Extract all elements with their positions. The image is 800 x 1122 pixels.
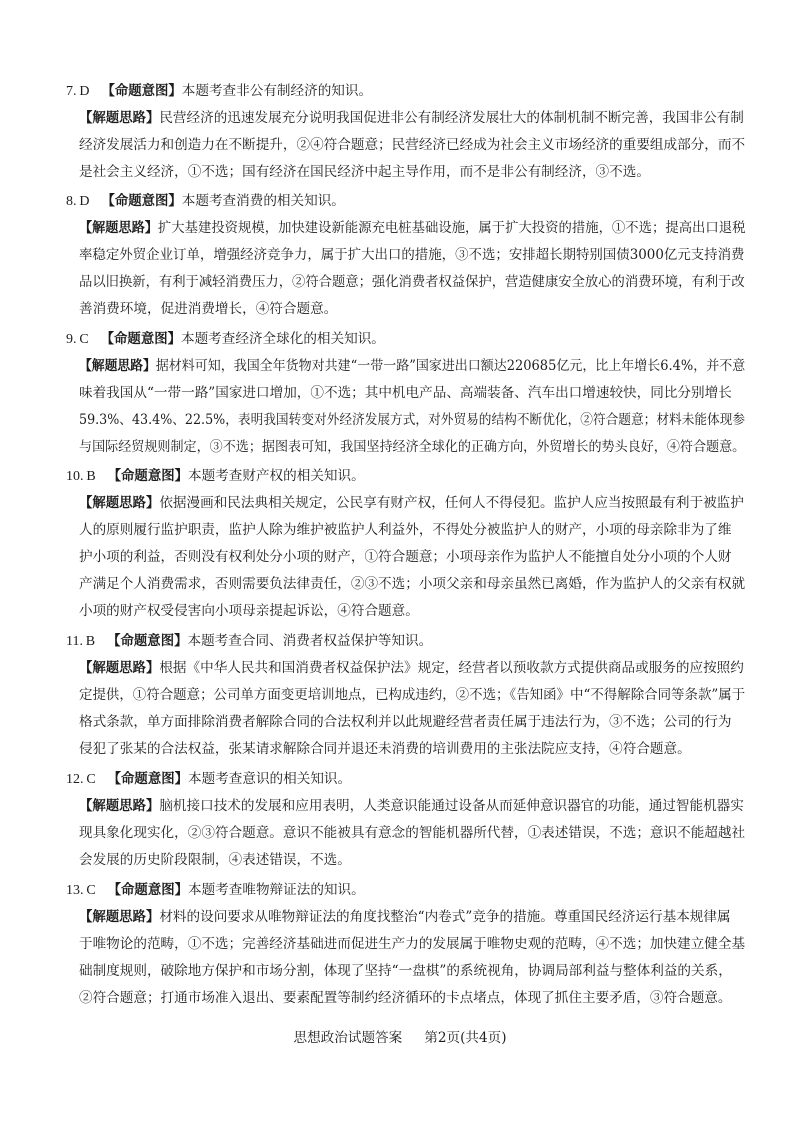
- analysis-line: ②符合题意；打通市场准入退出、要素配置等制约经济循环的卡点堵点，体现了抓住主要矛…: [79, 989, 732, 1007]
- intent-text: 本题考查意识的相关知识。: [188, 771, 351, 787]
- analysis-label: 【解题思路】: [79, 799, 159, 814]
- answer-letter: D: [79, 84, 89, 99]
- intent-label: 【命题意图】: [101, 84, 181, 99]
- analysis-label: 【解题思路】: [79, 359, 156, 374]
- intent-text: 本题考查唯物辩证法的知识。: [188, 882, 365, 898]
- question-number: 7.: [66, 84, 77, 99]
- document-page: 7. D【命题意图】本题考查非公有制经济的知识。 【解题思路】民营经济的迅速发展…: [0, 0, 800, 1122]
- analysis-line: 定提供，①符合题意；公司单方面变更培训地点，已构成违约，②不选；《告知函》中“不…: [79, 686, 745, 704]
- analysis-line: 率稳定外贸企业订单，增强经济竞争力，属于扩大出口的措施，③不选；安排超长期特别国…: [79, 246, 744, 264]
- question-header: 7. D【命题意图】本题考查非公有制经济的知识。: [66, 82, 372, 101]
- intent-label: 【命题意图】: [108, 883, 188, 898]
- answer-letter: C: [86, 883, 95, 898]
- question-number: 9.: [66, 332, 77, 347]
- answer-letter: D: [79, 194, 89, 209]
- analysis-line: 59.3%、43.4%、22.5%，表明我国转变对外经济发展方式，对外贸易的结构…: [79, 411, 745, 429]
- analysis-line: 小项的财产权受侵害向小项母亲提起诉讼，④符合题意。: [79, 602, 419, 620]
- analysis-line: 侵犯了张某的合法权益，张某请求解除合同并退还未消费的培训费用的主张法院应支持，④…: [79, 740, 691, 758]
- analysis-line: 护小项的利益，否则没有权利处分小项的财产，①符合题意；小项母亲作为监护人不能擅自…: [79, 548, 732, 566]
- intent-text: 本题考查财产权的相关知识。: [188, 468, 365, 484]
- question-header: 13. C【命题意图】本题考查唯物辩证法的知识。: [66, 881, 365, 900]
- analysis-line: 现具象化现实化，②③符合题意。意识不能被具有意念的智能机器所代替，①表述错误，不…: [79, 824, 745, 842]
- analysis-label: 【解题思路】: [79, 221, 158, 236]
- intent-label: 【命题意图】: [101, 332, 181, 347]
- analysis-line: 品以旧换新，有利于减轻消费压力，②符合题意；强化消费者权益保护，营造健康安全放心…: [79, 273, 745, 291]
- question-number: 8.: [66, 194, 77, 209]
- footer-title: 思想政治试题答案: [293, 1030, 402, 1046]
- analysis-line: 经济发展活力和创造力在不断提升，②④符合题意；民营经济已经成为社会主义市场经济的…: [79, 136, 745, 154]
- question-number: 12.: [66, 772, 84, 787]
- analysis-line: 【解题思路】根据《中华人民共和国消费者权益保护法》规定，经营者以预收款方式提供商…: [79, 659, 744, 678]
- analysis-line: 于唯物论的范畴，①不选；完善经济基础进而促进生产力的发展属于唯物史观的范畴，④不…: [79, 935, 745, 953]
- page-number: 第2页(共4页): [424, 1030, 506, 1046]
- answer-letter: B: [86, 634, 95, 649]
- analysis-line: 【解题思路】脑机接口技术的发展和应用表明，人类意识能通过设备从而延伸意识器官的功…: [79, 797, 744, 816]
- analysis-label: 【解题思路】: [79, 910, 159, 925]
- analysis-line: 会发展的历史阶段限制，④表述错误，不选。: [79, 851, 351, 869]
- question-number: 13.: [66, 883, 84, 898]
- analysis-line: 产满足个人消费需求，否则需要负法律责任，②③不选；小项父亲和母亲虽然已离婚，作为…: [79, 575, 745, 593]
- question-header: 9. C【命题意图】本题考查经济全球化的相关知识。: [66, 330, 385, 349]
- intent-label: 【命题意图】: [108, 469, 188, 484]
- analysis-label: 【解题思路】: [79, 661, 159, 676]
- question-header: 10. B【命题意图】本题考查财产权的相关知识。: [66, 467, 365, 486]
- analysis-line: 善消费环境，促进消费增长，④符合题意。: [79, 300, 337, 318]
- intent-label: 【命题意图】: [108, 772, 188, 787]
- intent-label: 【命题意图】: [101, 194, 181, 209]
- analysis-line: 【解题思路】据材料可知，我国全年货物对共建“一带一路”国家进出口额达220685…: [79, 357, 745, 376]
- question-number: 11.: [66, 634, 83, 649]
- question-header: 11. B【命题意图】本题考查合同、消费者权益保护等知识。: [66, 632, 432, 651]
- answer-letter: B: [86, 469, 95, 484]
- page-footer: 思想政治试题答案第2页(共4页): [0, 1029, 800, 1047]
- intent-text: 本题考查经济全球化的相关知识。: [181, 331, 385, 347]
- question-header: 12. C【命题意图】本题考查意识的相关知识。: [66, 770, 351, 789]
- analysis-line: 人的原则履行监护职责，监护人除为维护被监护人利益外，不得处分被监护人的财产，小项…: [79, 521, 732, 539]
- answer-letter: C: [86, 772, 95, 787]
- intent-text: 本题考查合同、消费者权益保护等知识。: [187, 633, 432, 649]
- analysis-line: 味着我国从“一带一路”国家进口增加，①不选；其中机电产品、高端装备、汽车出口增速…: [79, 384, 732, 402]
- analysis-label: 【解题思路】: [79, 111, 159, 126]
- analysis-line: 【解题思路】民营经济的迅速发展充分说明我国促进非公有制经济发展壮大的体制机制不断…: [79, 109, 744, 128]
- intent-text: 本题考查消费的相关知识。: [182, 193, 345, 209]
- analysis-line: 与国际经贸规则制定，③不选；据图表可知，我国坚持经济全球化的正确方向，外贸增长的…: [79, 438, 745, 456]
- question-header: 8. D【命题意图】本题考查消费的相关知识。: [66, 192, 345, 211]
- analysis-line: 是社会主义经济，①不选；国有经济在国民经济中起主导作用，而不是非公有制经济，③不…: [79, 163, 650, 181]
- analysis-line: 【解题思路】材料的设问要求从唯物辩证法的角度找整治“内卷式”竞争的措施。尊重国民…: [79, 908, 731, 927]
- analysis-line: 【解题思路】扩大基建投资规模，加快建设新能源充电桩基础设施，属于扩大投资的措施，…: [79, 219, 745, 238]
- intent-text: 本题考查非公有制经济的知识。: [182, 83, 372, 99]
- analysis-label: 【解题思路】: [79, 496, 159, 511]
- intent-label: 【命题意图】: [107, 634, 187, 649]
- answer-letter: C: [79, 332, 88, 347]
- analysis-line: 础制度规则，破除地方保护和市场分割，体现了坚持“一盘棋”的系统视角，协调局部利益…: [79, 962, 732, 980]
- question-number: 10.: [66, 469, 84, 484]
- analysis-line: 【解题思路】依据漫画和民法典相关规定，公民享有财产权，任何人不得侵犯。监护人应当…: [79, 494, 744, 513]
- analysis-line: 格式条款，单方面排除消费者解除合同的合法权利并以此规避经营者责任属于违法行为，③…: [79, 713, 732, 731]
